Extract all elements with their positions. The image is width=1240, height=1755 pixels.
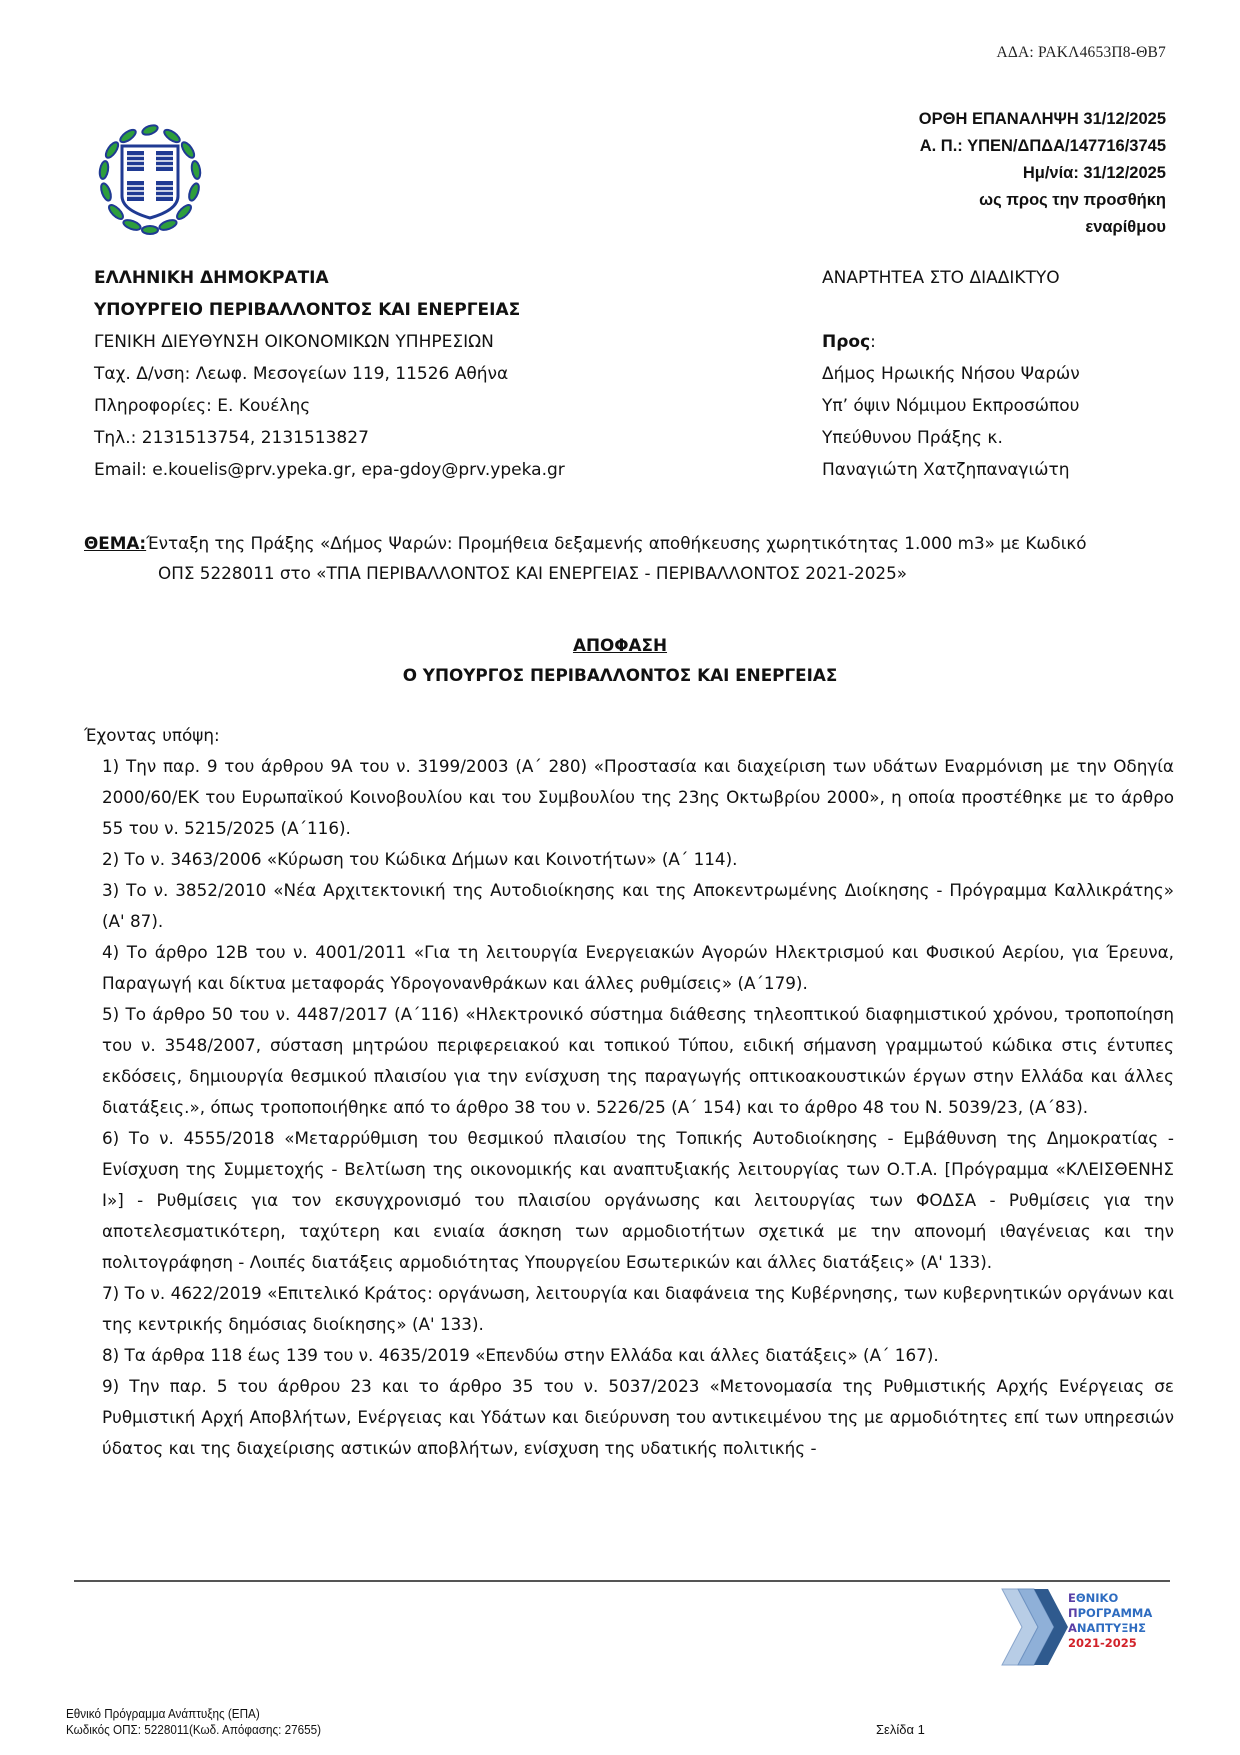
- recipient-line: Υπ’ όψιν Νόμιμου Εκπροσώπου: [822, 390, 1080, 422]
- correction-reason: ως προς την προσθήκη: [919, 187, 1166, 214]
- to-label: Προς: [822, 332, 870, 352]
- ada-code: ΑΔΑ: ΡΑΚΛ4653Π8-ΘΒ7: [996, 44, 1166, 62]
- considerations-list: 1) Την παρ. 9 του άρθρου 9Α του ν. 3199/…: [84, 751, 1174, 1464]
- document-body: Έχοντας υπόψη: 1) Την παρ. 9 του άρθρου …: [84, 720, 1174, 1464]
- issuer-address: Ταχ. Δ/νση: Λεωφ. Μεσογείων 119, 11526 Α…: [94, 358, 565, 390]
- recipient-line: Δήμος Ηρωικής Νήσου Ψαρών: [822, 358, 1080, 390]
- correction-title: ΟΡΘΗ ΕΠΑΝΑΛΗΨΗ 31/12/2025: [919, 106, 1166, 133]
- posting-notice: ΑΝΑΡΤΗΤΕΑ ΣΤΟ ΔΙΑΔΙΚΤΥΟ: [822, 262, 1080, 294]
- page-number: Σελίδα 1: [876, 1722, 925, 1737]
- footer-code: Κωδικός ΟΠΣ: 5228011(Κωδ. Απόφασης: 2765…: [66, 1722, 321, 1738]
- correction-reason-cont: εναρίθμου: [919, 214, 1166, 241]
- issuer-country: ΕΛΛΗΝΙΚΗ ΔΗΜΟΚΡΑΤΙΑ: [94, 262, 565, 294]
- issuer-block: ΕΛΛΗΝΙΚΗ ΔΗΜΟΚΡΑΤΙΑ ΥΠΟΥΡΓΕΙΟ ΠΕΡΙΒΑΛΛΟΝ…: [94, 262, 565, 486]
- consideration-item: 4) Το άρθρο 12Β του ν. 4001/2011 «Για τη…: [102, 937, 1174, 999]
- epa-logo: ΕΘΝΙΚΟ ΠΡΟΓΡΑΜΜΑ ΑΝΑΠΤΥΞΗΣ 2021-2025: [1000, 1583, 1180, 1673]
- consideration-item: 1) Την παρ. 9 του άρθρου 9Α του ν. 3199/…: [102, 751, 1174, 844]
- epa-years: 2021-2025: [1068, 1636, 1152, 1651]
- subject-label: ΘΕΜΑ:: [84, 533, 146, 553]
- recipient-line: Παναγιώτη Χατζηπαναγιώτη: [822, 454, 1080, 486]
- consideration-item: 2) Το ν. 3463/2006 «Κύρωση του Κώδικα Δή…: [102, 844, 1174, 875]
- issuer-info: Πληροφορίες: Ε. Κουέλης: [94, 390, 565, 422]
- epa-chevrons-logo-icon: [1000, 1585, 1070, 1669]
- decision-subtitle: Ο ΥΠΟΥΡΓΟΣ ΠΕΡΙΒΑΛΛΟΝΤΟΣ ΚΑΙ ΕΝΕΡΓΕΙΑΣ: [0, 660, 1240, 690]
- decision-heading: ΑΠΟΦΑΣΗ Ο ΥΠΟΥΡΓΟΣ ΠΕΡΙΒΑΛΛΟΝΤΟΣ ΚΑΙ ΕΝΕ…: [0, 630, 1240, 690]
- issuer-phone: Τηλ.: 2131513754, 2131513827: [94, 422, 565, 454]
- subject-text: Ένταξη της Πράξης «Δήμος Ψαρών: Προμήθει…: [146, 533, 1086, 553]
- document-date: Ημ/νία: 31/12/2025: [919, 160, 1166, 187]
- correction-block: ΟΡΘΗ ΕΠΑΝΑΛΗΨΗ 31/12/2025 Α. Π.: ΥΠΕΝ/ΔΠ…: [919, 106, 1166, 241]
- recipient-to: Προς:: [822, 326, 1080, 358]
- consideration-item: 9) Την παρ. 5 του άρθρου 23 και το άρθρο…: [102, 1371, 1174, 1464]
- decision-title: ΑΠΟΦΑΣΗ: [0, 630, 1240, 660]
- subject-text-cont: ΟΠΣ 5228011 στο «ΤΠΑ ΠΕΡΙΒΑΛΛΟΝΤΟΣ ΚΑΙ Ε…: [84, 558, 1174, 588]
- footer-text: Εθνικό Πρόγραμμα Ανάπτυξης (ΕΠΑ) Κωδικός…: [66, 1706, 321, 1738]
- footer-divider: [74, 1580, 1170, 1582]
- footer-program: Εθνικό Πρόγραμμα Ανάπτυξης (ΕΠΑ): [66, 1706, 321, 1722]
- consideration-item: 7) Το ν. 4622/2019 «Επιτελικό Κράτος: ορ…: [102, 1278, 1174, 1340]
- subject-block: ΘΕΜΑ:Ένταξη της Πράξης «Δήμος Ψαρών: Προ…: [84, 528, 1174, 588]
- issuer-email: Email: e.kouelis@prv.ypeka.gr, epa-gdoy@…: [94, 454, 565, 486]
- greek-coat-of-arms-icon: [90, 118, 210, 238]
- consideration-item: 6) Το ν. 4555/2018 «Μεταρρύθμιση του θεσ…: [102, 1123, 1174, 1278]
- issuer-directorate: ΓΕΝΙΚΗ ΔΙΕΥΘΥΝΣΗ ΟΙΚΟΝΟΜΙΚΩΝ ΥΠΗΡΕΣΙΩΝ: [94, 326, 565, 358]
- protocol-number: Α. Π.: ΥΠΕΝ/ΔΠΔΑ/147716/3745: [919, 133, 1166, 160]
- recipient-block: ΑΝΑΡΤΗΤΕΑ ΣΤΟ ΔΙΑΔΙΚΤΥΟ Προς: Δήμος Ηρωι…: [822, 262, 1080, 486]
- consideration-item: 8) Τα άρθρα 118 έως 139 του ν. 4635/2019…: [102, 1340, 1174, 1371]
- consideration-item: 5) Το άρθρο 50 του ν. 4487/2017 (Α΄116) …: [102, 999, 1174, 1123]
- recipient-line: Υπεύθυνου Πράξης κ.: [822, 422, 1080, 454]
- consideration-item: 3) Το ν. 3852/2010 «Νέα Αρχιτεκτονική τη…: [102, 875, 1174, 937]
- considerations-intro: Έχοντας υπόψη:: [84, 720, 1174, 751]
- issuer-ministry: ΥΠΟΥΡΓΕΙΟ ΠΕΡΙΒΑΛΛΟΝΤΟΣ ΚΑΙ ΕΝΕΡΓΕΙΑΣ: [94, 294, 565, 326]
